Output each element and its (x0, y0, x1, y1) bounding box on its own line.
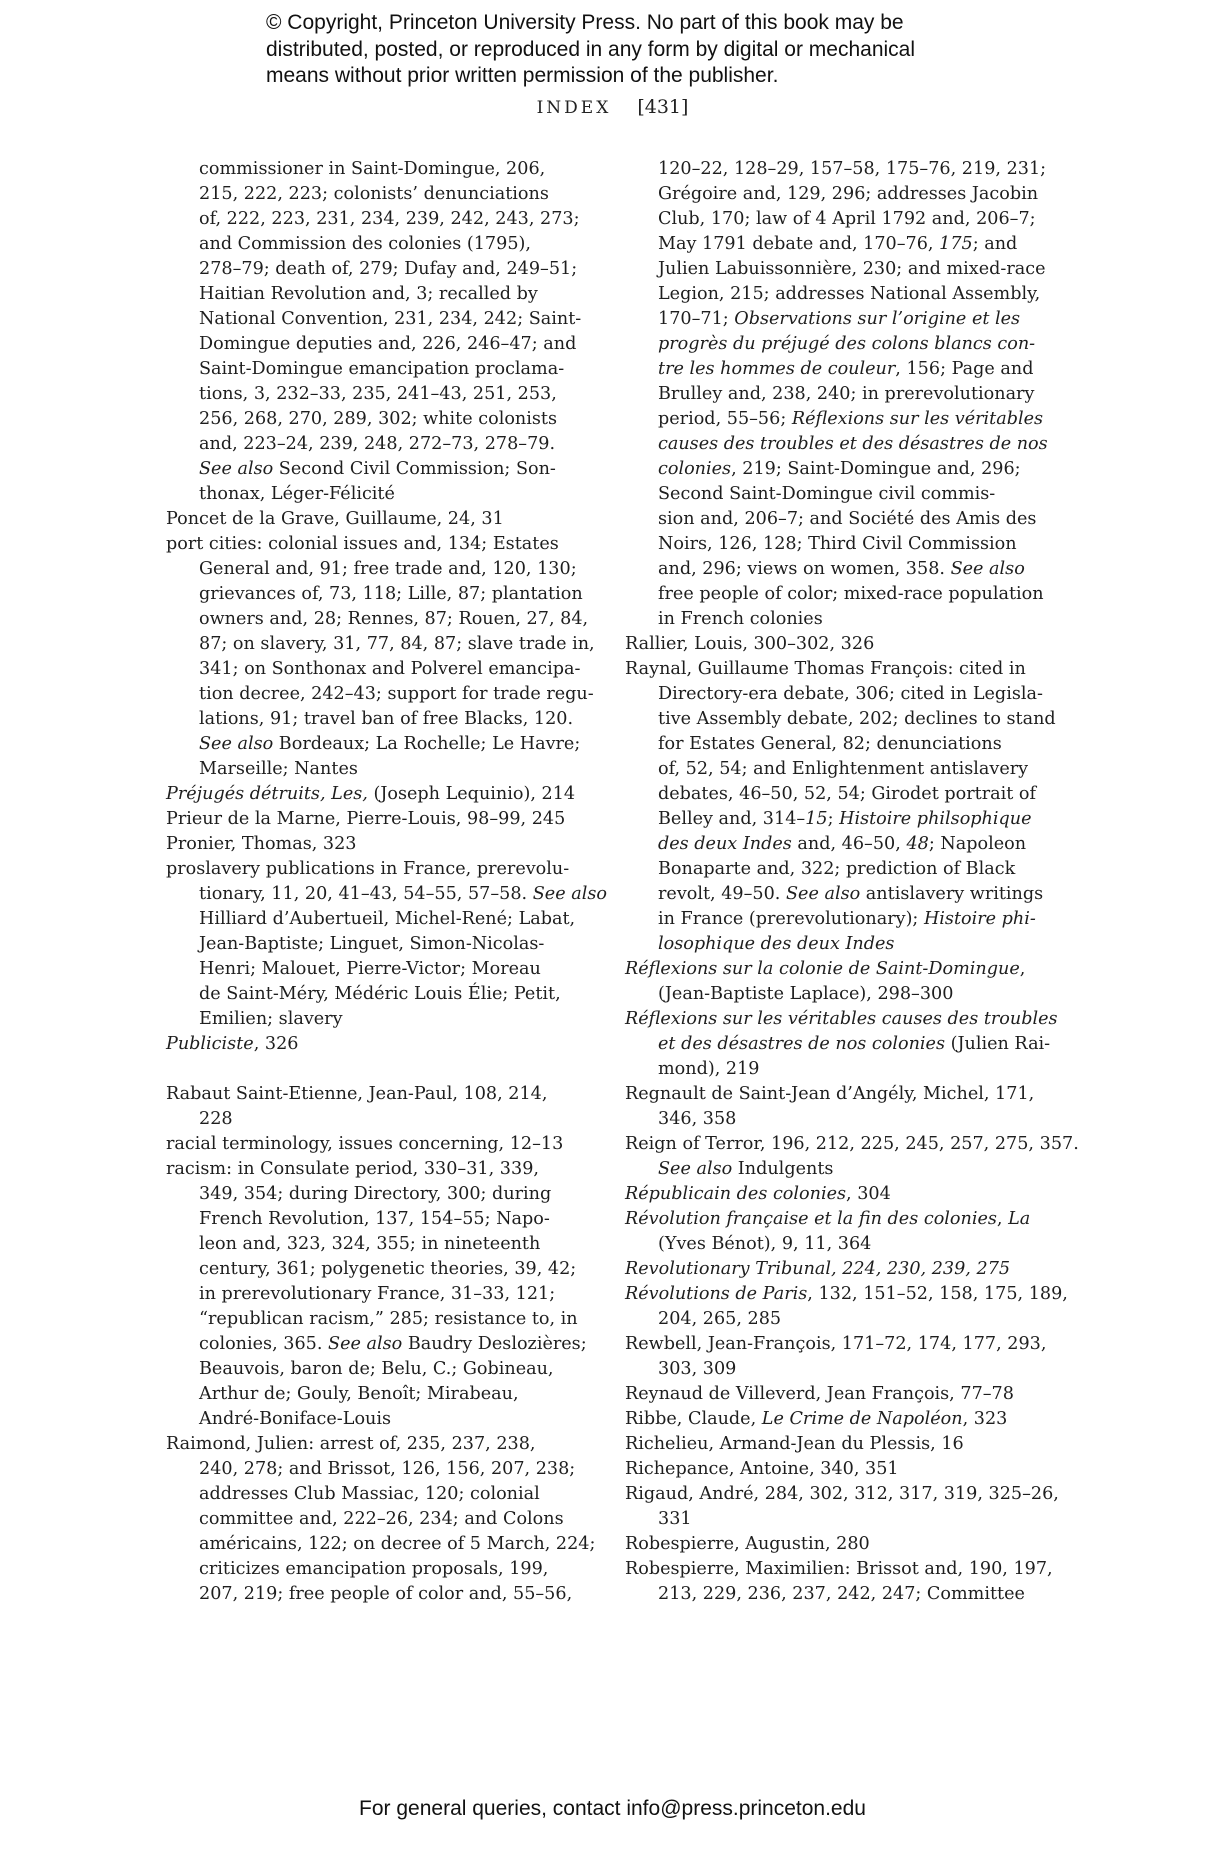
entry-text: Prieur de la Marne, Pierre-Louis, 98–99,… (166, 809, 565, 829)
entry-text: , (997, 1209, 1008, 1229)
contact-footer: For general queries, contact info@press.… (0, 1797, 1225, 1821)
entry-text: Henri; Malouet, Pierre-Victor; Moreau (199, 959, 541, 979)
index-subentry-line: 349, 354; during Directory, 300; during (166, 1182, 586, 1207)
index-subentry-line: tre les hommes de couleur, 156; Page and (625, 357, 1045, 382)
index-subentry-line: Haitian Revolution and, 3; recalled by (166, 282, 586, 307)
index-subentry-line: French Revolution, 137, 154–55; Napo- (166, 1207, 586, 1232)
index-subentry-line: colonies, 219; Saint-Domingue and, 296; (625, 457, 1045, 482)
index-subentry-line: 215, 222, 223; colonists’ denunciations (166, 182, 586, 207)
index-entry-line: Préjugés détruits, Les, (Joseph Lequinio… (166, 782, 586, 807)
index-subentry-line: André-Boniface-Louis (166, 1407, 586, 1432)
index-subentry-line: Henri; Malouet, Pierre-Victor; Moreau (166, 957, 586, 982)
index-subentry-line: Belley and, 314–15; Histoire philsophiqu… (625, 807, 1045, 832)
entry-text: de Saint-Méry, Médéric Louis Élie; Petit… (199, 984, 561, 1004)
entry-text: Raynal, Guillaume Thomas François: cited… (625, 659, 1026, 679)
index-entry-line: Reynaud de Villeverd, Jean François, 77–… (625, 1382, 1045, 1407)
italic-text: Publiciste (166, 1034, 254, 1054)
italic-text: colonies (658, 459, 731, 479)
entry-text: tionary, 11, 20, 41–43, 54–55, 57–58. (199, 884, 533, 904)
italic-text: losophique des deux Indes (658, 934, 894, 954)
entry-text: 240, 278; and Brissot, 126, 156, 207, 23… (199, 1459, 575, 1479)
italic-text: progrès du préjugé des colons blancs con… (658, 334, 1035, 354)
entry-text: and, 46–50, (792, 834, 907, 854)
entry-text: Julien Labuissonnière, 230; and mixed-ra… (658, 259, 1046, 279)
index-entry-line: Robespierre, Maximilien: Brissot and, 19… (625, 1557, 1045, 1582)
index-subentry-line: progrès du préjugé des colons blancs con… (625, 332, 1045, 357)
entry-text: Baudry Deslozières; (402, 1334, 586, 1354)
entry-text: 207, 219; free people of color and, 55–5… (199, 1584, 572, 1604)
index-column-left: commissioner in Saint-Domingue, 206,215,… (166, 157, 586, 1607)
index-subentry-line: See also Indulgents (625, 1157, 1045, 1182)
entry-text: Rallier, Louis, 300–302, 326 (625, 634, 874, 654)
entry-text: addresses Club Massiac, 120; colonial (199, 1484, 540, 1504)
entry-text: (Jean-Baptiste Laplace), 298–300 (658, 984, 953, 1004)
index-subentry-line: 256, 268, 270, 289, 302; white colonists (166, 407, 586, 432)
index-subentry-line: of, 222, 223, 231, 234, 239, 242, 243, 2… (166, 207, 586, 232)
entry-text: 228 (199, 1109, 233, 1129)
index-entry-line: Rewbell, Jean-François, 171–72, 174, 177… (625, 1332, 1045, 1357)
index-subentry-line: Arthur de; Gouly, Benoît; Mirabeau, (166, 1382, 586, 1407)
entry-text: May 1791 debate and, 170–76, (658, 234, 939, 254)
entry-text: (Yves Bénot), 9, 11, 364 (658, 1234, 871, 1254)
entry-text: 331 (658, 1509, 692, 1529)
index-subentry-line: Hilliard d’Aubertueil, Michel-René; Laba… (166, 907, 586, 932)
index-subentry-line: addresses Club Massiac, 120; colonial (166, 1482, 586, 1507)
index-subentry-line: for Estates General, 82; denunciations (625, 732, 1045, 757)
italic-text: See also (533, 884, 607, 904)
index-subentry-line: de Saint-Méry, Médéric Louis Élie; Petit… (166, 982, 586, 1007)
index-subentry-line: free people of color; mixed-race populat… (625, 582, 1045, 607)
entry-text: Domingue deputies and, 226, 246–47; and (199, 334, 576, 354)
italic-text: Réflexions sur la colonie de Saint-Domin… (625, 959, 1020, 979)
index-subentry-line: 120–22, 128–29, 157–58, 175–76, 219, 231… (625, 157, 1045, 182)
index-entry-line: Richepance, Antoine, 340, 351 (625, 1457, 1045, 1482)
italic-text: See also (786, 884, 860, 904)
page-number: [431] (637, 96, 688, 118)
entry-text: 213, 229, 236, 237, 242, 247; Committee (658, 1584, 1025, 1604)
index-entry-line: Révolutions de Paris, 132, 151–52, 158, … (625, 1282, 1045, 1307)
index-subentry-line: 303, 309 (625, 1357, 1045, 1382)
entry-text: free people of color; mixed-race populat… (658, 584, 1044, 604)
index-subentry-line: Grégoire and, 129, 296; addresses Jacobi… (625, 182, 1045, 207)
entry-text: thonax, Léger-Félicité (199, 484, 395, 504)
entry-text: Jean-Baptiste; Linguet, Simon-Nicolas- (199, 934, 544, 954)
index-subentry-line: sion and, 206–7; and Société des Amis de… (625, 507, 1045, 532)
entry-text: , 156; Page and (895, 359, 1033, 379)
copyright-notice: © Copyright, Princeton University Press.… (266, 10, 1026, 90)
index-subentry-line: 170–71; Observations sur l’origine et le… (625, 307, 1045, 332)
index-subentry-line: tion decree, 242–43; support for trade r… (166, 682, 586, 707)
index-subentry-line: Noirs, 126, 128; Third Civil Commission (625, 532, 1045, 557)
index-subentry-line: “republican racism,” 285; resistance to,… (166, 1307, 586, 1332)
entry-text: Belley and, 314– (658, 809, 805, 829)
entry-text: period, 55–56; (658, 409, 792, 429)
italic-text: See also (328, 1334, 402, 1354)
entry-text: racism: in Consulate period, 330–31, 339… (166, 1159, 539, 1179)
entry-text: 341; on Sonthonax and Polverel emancipa- (199, 659, 580, 679)
index-subentry-line: Domingue deputies and, 226, 246–47; and (166, 332, 586, 357)
index-subentry-line: National Convention, 231, 234, 242; Sain… (166, 307, 586, 332)
index-entry-line: Regnault de Saint-Jean d’Angély, Michel,… (625, 1082, 1045, 1107)
index-subentry-line: in prerevolutionary France, 31–33, 121; (166, 1282, 586, 1307)
entry-text: Regnault de Saint-Jean d’Angély, Michel,… (625, 1084, 1034, 1104)
index-subentry-line: May 1791 debate and, 170–76, 175; and (625, 232, 1045, 257)
entry-text: “republican racism,” 285; resistance to,… (199, 1309, 578, 1329)
entry-text: , 132, 151–52, 158, 175, 189, (807, 1284, 1068, 1304)
entry-text: Robespierre, Augustin, 280 (625, 1534, 870, 1554)
entry-text: Arthur de; Gouly, Benoît; Mirabeau, (199, 1384, 519, 1404)
entry-text: racial terminology, issues concerning, 1… (166, 1134, 563, 1154)
index-entry-line: Prieur de la Marne, Pierre-Louis, 98–99,… (166, 807, 586, 832)
index-subentry-line: century, 361; polygenetic theories, 39, … (166, 1257, 586, 1282)
entry-text: , 219; Saint-Domingue and, 296; (731, 459, 1021, 479)
entry-text: tions, 3, 232–33, 235, 241–43, 251, 253, (199, 384, 557, 404)
index-subentry-line: and Commission des colonies (1795), (166, 232, 586, 257)
entry-text: in prerevolutionary France, 31–33, 121; (199, 1284, 555, 1304)
running-head: INDEX[431] (0, 96, 1225, 118)
entry-text: Rabaut Saint-Etienne, Jean-Paul, 108, 21… (166, 1084, 547, 1104)
index-entry-line: Richelieu, Armand-Jean du Plessis, 16 (625, 1432, 1045, 1457)
entry-text: 349, 354; during Directory, 300; during (199, 1184, 551, 1204)
index-entry-line: proslavery publications in France, prere… (166, 857, 586, 882)
index-entry-line: Rallier, Louis, 300–302, 326 (625, 632, 1045, 657)
index-subentry-line: tions, 3, 232–33, 235, 241–43, 251, 253, (166, 382, 586, 407)
index-subentry-line: 240, 278; and Brissot, 126, 156, 207, 23… (166, 1457, 586, 1482)
entry-text: (Julien Rai- (945, 1034, 1050, 1054)
index-subentry-line: 207, 219; free people of color and, 55–5… (166, 1582, 586, 1607)
index-subentry-line: Saint-Domingue emancipation proclama- (166, 357, 586, 382)
index-entry-line: Républicain des colonies, 304 (625, 1182, 1045, 1207)
entry-text: in France (prerevolutionary); (658, 909, 924, 929)
entry-text: criticizes emancipation proposals, 199, (199, 1559, 548, 1579)
entry-text: Reynaud de Villeverd, Jean François, 77–… (625, 1384, 1014, 1404)
entry-text: 120–22, 128–29, 157–58, 175–76, 219, 231… (658, 159, 1046, 179)
index-subentry-line: Beauvois, baron de; Belu, C.; Gobineau, (166, 1357, 586, 1382)
entry-text: 278–79; death of, 279; Dufay and, 249–51… (199, 259, 577, 279)
entry-text: Poncet de la Grave, Guillaume, 24, 31 (166, 509, 504, 529)
index-subentry-line: of, 52, 54; and Enlightenment antislaver… (625, 757, 1045, 782)
index-subentry-line: lations, 91; travel ban of free Blacks, … (166, 707, 586, 732)
index-subentry-line: Marseille; Nantes (166, 757, 586, 782)
entry-text: colonies, 365. (199, 1334, 328, 1354)
entry-text: 256, 268, 270, 289, 302; white colonists (199, 409, 557, 429)
index-subentry-line: et des désastres de nos colonies (Julien… (625, 1032, 1045, 1057)
index-entry-line: Rigaud, André, 284, 302, 312, 317, 319, … (625, 1482, 1045, 1507)
index-subentry-line: 87; on slavery, 31, 77, 84, 87; slave tr… (166, 632, 586, 657)
index-subentry-line: tionary, 11, 20, 41–43, 54–55, 57–58. Se… (166, 882, 586, 907)
entry-text: Beauvois, baron de; Belu, C.; Gobineau, (199, 1359, 554, 1379)
blank-line (166, 1057, 586, 1082)
italic-text: Histoire phi- (924, 909, 1036, 929)
index-subentry-line: tive Assembly debate, 202; declines to s… (625, 707, 1045, 732)
entry-text: ; Napoleon (929, 834, 1026, 854)
index-subentry-line: 204, 265, 285 (625, 1307, 1045, 1332)
entry-text: port cities: colonial issues and, 134; E… (166, 534, 559, 554)
italic-text: See also (199, 734, 273, 754)
entry-text: Directory-era debate, 306; cited in Legi… (658, 684, 1043, 704)
index-entry-line: Révolution française et la fin des colon… (625, 1207, 1045, 1232)
entry-text: 204, 265, 285 (658, 1309, 781, 1329)
entry-text: Bonaparte and, 322; prediction of Black (658, 859, 1015, 879)
index-subentry-line: revolt, 49–50. See also antislavery writ… (625, 882, 1045, 907)
index-subentry-line: 346, 358 (625, 1107, 1045, 1132)
index-subentry-line: Directory-era debate, 306; cited in Legi… (625, 682, 1045, 707)
index-subentry-line: américains, 122; on decree of 5 March, 2… (166, 1532, 586, 1557)
entry-text: tion decree, 242–43; support for trade r… (199, 684, 594, 704)
index-subentry-line: commissioner in Saint-Domingue, 206, (166, 157, 586, 182)
index-subentry-line: colonies, 365. See also Baudry Deslozièr… (166, 1332, 586, 1357)
entry-text: Bordeaux; La Rochelle; Le Havre; (273, 734, 580, 754)
entry-text: owners and, 28; Rennes, 87; Rouen, 27, 8… (199, 609, 588, 629)
entry-text: commissioner in Saint-Domingue, 206, (199, 159, 545, 179)
entry-text: French Revolution, 137, 154–55; Napo- (199, 1209, 550, 1229)
index-entry-line: Ribbe, Claude, Le Crime de Napoléon, 323 (625, 1407, 1045, 1432)
italic-text: See also (199, 459, 273, 479)
entry-text: of, 52, 54; and Enlightenment antislaver… (658, 759, 1028, 779)
entry-text: leon and, 323, 324, 355; in nineteenth (199, 1234, 540, 1254)
index-subentry-line: Jean-Baptiste; Linguet, Simon-Nicolas- (166, 932, 586, 957)
index-subentry-line: See also Bordeaux; La Rochelle; Le Havre… (166, 732, 586, 757)
entry-text: , 326 (254, 1034, 299, 1054)
entry-text: Reign of Terror, 196, 212, 225, 245, 257… (625, 1134, 1079, 1154)
italic-text: Réflexions sur les véritables causes des… (625, 1009, 1058, 1029)
entry-text: of, 222, 223, 231, 234, 239, 242, 243, 2… (199, 209, 580, 229)
italic-text: Révolution française et la fin des colon… (625, 1209, 997, 1229)
index-subentry-line: leon and, 323, 324, 355; in nineteenth (166, 1232, 586, 1257)
index-subentry-line: Second Saint-Domingue civil commis- (625, 482, 1045, 507)
index-subentry-line: Club, 170; law of 4 April 1792 and, 206–… (625, 207, 1045, 232)
entry-text: in French colonies (658, 609, 823, 629)
index-subentry-line: criticizes emancipation proposals, 199, (166, 1557, 586, 1582)
entry-text: mond), 219 (658, 1059, 760, 1079)
entry-text: Hilliard d’Aubertueil, Michel-René; Laba… (199, 909, 575, 929)
entry-text: Brulley and, 238, 240; in prerevolutiona… (658, 384, 1034, 404)
index-subentry-line: 228 (166, 1107, 586, 1132)
entry-text: ; (828, 809, 840, 829)
italic-text: tre les hommes de couleur (658, 359, 895, 379)
entry-text: , (1020, 959, 1026, 979)
entry-text: Ribbe, Claude, (625, 1409, 762, 1429)
index-subentry-line: (Jean-Baptiste Laplace), 298–300 (625, 982, 1045, 1007)
italic-text: See also (658, 1159, 732, 1179)
index-subentry-line: (Yves Bénot), 9, 11, 364 (625, 1232, 1045, 1257)
italic-text: See also (951, 559, 1025, 579)
copyright-line: means without prior written permission o… (266, 63, 1026, 90)
italic-text: Le Crime de Napoléon (762, 1409, 963, 1429)
index-subentry-line: 341; on Sonthonax and Polverel emancipa- (166, 657, 586, 682)
index-subentry-line: mond), 219 (625, 1057, 1045, 1082)
italic-text: Républicain des colonies (625, 1184, 846, 1204)
entry-text: sion and, 206–7; and Société des Amis de… (658, 509, 1036, 529)
index-subentry-line: See also Second Civil Commission; Son- (166, 457, 586, 482)
entry-text: General and, 91; free trade and, 120, 13… (199, 559, 577, 579)
entry-text: Haitian Revolution and, 3; recalled by (199, 284, 538, 304)
entry-text: Rigaud, André, 284, 302, 312, 317, 319, … (625, 1484, 1059, 1504)
entry-text: lations, 91; travel ban of free Blacks, … (199, 709, 573, 729)
entry-text: and Commission des colonies (1795), (199, 234, 531, 254)
entry-text: 87; on slavery, 31, 77, 84, 87; slave tr… (199, 634, 595, 654)
index-subentry-line: Julien Labuissonnière, 230; and mixed-ra… (625, 257, 1045, 282)
entry-text: Second Civil Commission; Son- (273, 459, 556, 479)
italic-text: 48 (906, 834, 928, 854)
index-entry-line: Raimond, Julien: arrest of, 235, 237, 23… (166, 1432, 586, 1457)
index-subentry-line: in French colonies (625, 607, 1045, 632)
entry-text: and, 223–24, 239, 248, 272–73, 278–79. (199, 434, 555, 454)
entry-text: proslavery publications in France, prere… (166, 859, 569, 879)
index-subentry-line: 278–79; death of, 279; Dufay and, 249–51… (166, 257, 586, 282)
index-entry-line: racial terminology, issues concerning, 1… (166, 1132, 586, 1157)
italic-text: Observations sur l’origine et les (734, 309, 1020, 329)
entry-text: Noirs, 126, 128; Third Civil Commission (658, 534, 1017, 554)
index-entry-line: Raynal, Guillaume Thomas François: cited… (625, 657, 1045, 682)
entry-text: debates, 46–50, 52, 54; Girodet portrait… (658, 784, 1036, 804)
entry-text: Robespierre, Maximilien: Brissot and, 19… (625, 1559, 1053, 1579)
index-entry-line: Publiciste, 326 (166, 1032, 586, 1057)
index-entry-line: racism: in Consulate period, 330–31, 339… (166, 1157, 586, 1182)
italic-text: La (1008, 1209, 1030, 1229)
entry-text: Legion, 215; addresses National Assembly… (658, 284, 1040, 304)
entry-text: américains, 122; on decree of 5 March, 2… (199, 1534, 595, 1554)
entry-text: Grégoire and, 129, 296; addresses Jacobi… (658, 184, 1038, 204)
index-entry-line: Robespierre, Augustin, 280 (625, 1532, 1045, 1557)
italic-text: Réflexions sur les véritables (792, 409, 1043, 429)
entry-text: Richepance, Antoine, 340, 351 (625, 1459, 899, 1479)
copyright-line: © Copyright, Princeton University Press.… (266, 10, 1026, 37)
italic-text: 175 (939, 234, 973, 254)
entry-text: Raimond, Julien: arrest of, 235, 237, 23… (166, 1434, 536, 1454)
entry-text: for Estates General, 82; denunciations (658, 734, 1002, 754)
index-subentry-line: owners and, 28; Rennes, 87; Rouen, 27, 8… (166, 607, 586, 632)
italic-text: Préjugés détruits, Les, (166, 784, 368, 804)
entry-text: André-Boniface-Louis (199, 1409, 391, 1429)
entry-text: 303, 309 (658, 1359, 736, 1379)
entry-text: tive Assembly debate, 202; declines to s… (658, 709, 1056, 729)
entry-text: revolt, 49–50. (658, 884, 786, 904)
index-subentry-line: losophique des deux Indes (625, 932, 1045, 957)
index-subentry-line: 331 (625, 1507, 1045, 1532)
entry-text: Pronier, Thomas, 323 (166, 834, 357, 854)
entry-text: ; and (973, 234, 1018, 254)
index-subentry-line: thonax, Léger-Félicité (166, 482, 586, 507)
index-entry-line: Poncet de la Grave, Guillaume, 24, 31 (166, 507, 586, 532)
index-entry-line: Reign of Terror, 196, 212, 225, 245, 257… (625, 1132, 1045, 1157)
entry-text: 215, 222, 223; colonists’ denunciations (199, 184, 549, 204)
italic-text: Revolutionary Tribunal, 224, 230, 239, 2… (625, 1259, 1010, 1279)
italic-text: causes des troubles et des désastres de … (658, 434, 1048, 454)
index-subentry-line: causes des troubles et des désastres de … (625, 432, 1045, 457)
index-subentry-line: committee and, 222–26, 234; and Colons (166, 1507, 586, 1532)
entry-text: Rewbell, Jean-François, 171–72, 174, 177… (625, 1334, 1046, 1354)
italic-text: des deux Indes (658, 834, 792, 854)
copyright-line: distributed, posted, or reproduced in an… (266, 37, 1026, 64)
entry-text: century, 361; polygenetic theories, 39, … (199, 1259, 576, 1279)
index-subentry-line: and, 223–24, 239, 248, 272–73, 278–79. (166, 432, 586, 457)
entry-text: , 304 (846, 1184, 891, 1204)
index-entry-line: port cities: colonial issues and, 134; E… (166, 532, 586, 557)
entry-text: National Convention, 231, 234, 242; Sain… (199, 309, 581, 329)
entry-text: and, 296; views on women, 358. (658, 559, 951, 579)
section-label: INDEX (537, 98, 612, 118)
index-subentry-line: des deux Indes and, 46–50, 48; Napoleon (625, 832, 1045, 857)
entry-text: grievances of, 73, 118; Lille, 87; plant… (199, 584, 583, 604)
index-entry-line: Rabaut Saint-Etienne, Jean-Paul, 108, 21… (166, 1082, 586, 1107)
index-subentry-line: Bonaparte and, 322; prediction of Black (625, 857, 1045, 882)
entry-text: Saint-Domingue emancipation proclama- (199, 359, 564, 379)
entry-text: Indulgents (732, 1159, 833, 1179)
italic-text: 15 (805, 809, 827, 829)
entry-text: 346, 358 (658, 1109, 736, 1129)
italic-text: et des désastres de nos colonies (658, 1034, 945, 1054)
italic-text: Histoire philsophique (839, 809, 1031, 829)
index-subentry-line: Emilien; slavery (166, 1007, 586, 1032)
index-entry-line: Réflexions sur les véritables causes des… (625, 1007, 1045, 1032)
index-subentry-line: 213, 229, 236, 237, 242, 247; Committee (625, 1582, 1045, 1607)
entry-text: (Joseph Lequinio), 214 (368, 784, 575, 804)
index-subentry-line: Legion, 215; addresses National Assembly… (625, 282, 1045, 307)
index-subentry-line: debates, 46–50, 52, 54; Girodet portrait… (625, 782, 1045, 807)
entry-text: 170–71; (658, 309, 734, 329)
entry-text: Richelieu, Armand-Jean du Plessis, 16 (625, 1434, 964, 1454)
index-subentry-line: Brulley and, 238, 240; in prerevolutiona… (625, 382, 1045, 407)
italic-text: Révolutions de Paris (625, 1284, 807, 1304)
index-subentry-line: grievances of, 73, 118; Lille, 87; plant… (166, 582, 586, 607)
entry-text: Emilien; slavery (199, 1009, 343, 1029)
index-entry-line: Pronier, Thomas, 323 (166, 832, 586, 857)
entry-text: Club, 170; law of 4 April 1792 and, 206–… (658, 209, 1036, 229)
entry-text: committee and, 222–26, 234; and Colons (199, 1509, 564, 1529)
index-subentry-line: period, 55–56; Réflexions sur les vérita… (625, 407, 1045, 432)
index-entry-line: Revolutionary Tribunal, 224, 230, 239, 2… (625, 1257, 1045, 1282)
entry-text: Marseille; Nantes (199, 759, 358, 779)
index-entry-line: Réflexions sur la colonie de Saint-Domin… (625, 957, 1045, 982)
index-subentry-line: and, 296; views on women, 358. See also (625, 557, 1045, 582)
entry-text: antislavery writings (860, 884, 1043, 904)
entry-text: , 323 (963, 1409, 1008, 1429)
index-subentry-line: in France (prerevolutionary); Histoire p… (625, 907, 1045, 932)
index-column-right: 120–22, 128–29, 157–58, 175–76, 219, 231… (625, 157, 1045, 1607)
index-subentry-line: General and, 91; free trade and, 120, 13… (166, 557, 586, 582)
entry-text: Second Saint-Domingue civil commis- (658, 484, 995, 504)
